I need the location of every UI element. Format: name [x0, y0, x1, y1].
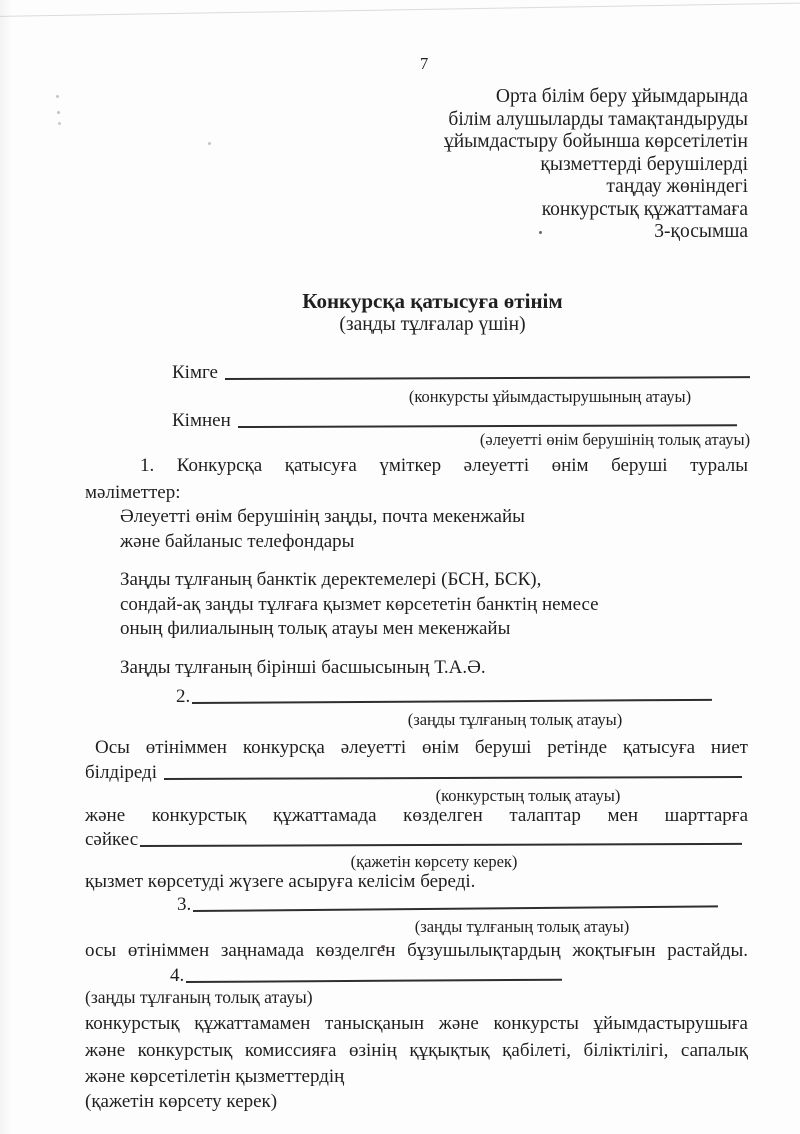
section1-item: Заңды тұлғаның бірінші басшысының Т.А.Ә. — [120, 656, 486, 679]
appendix-line: таңдау жөніндегі — [444, 176, 748, 199]
section2-line4-caption: (қажетін көрсету керек) — [284, 852, 584, 871]
section2-line3: және конкурстық құжаттамада көзделген та… — [85, 804, 748, 827]
section3-blank-caption: (заңды тұлғаның толық атауы) — [372, 917, 672, 936]
scan-speck — [58, 122, 61, 125]
section2-line2-caption: (конкурстың толық атауы) — [378, 786, 678, 805]
section3-number: 3. — [177, 893, 193, 916]
section2-blank2: білдіреді — [85, 761, 742, 784]
title-block: Конкурсқа қатысуға өтінім (заңды тұлғала… — [115, 289, 750, 336]
blank-line — [238, 424, 737, 428]
appendix-line: конкурстық құжаттамаға — [444, 199, 748, 222]
scan-edge-shading — [0, 0, 12, 1134]
page-number: 7 — [420, 54, 428, 74]
section4-line4: (қажетін көрсету керек) — [85, 1090, 277, 1113]
document-title: Конкурсқа қатысуға өтінім — [115, 289, 750, 313]
blank-line — [140, 843, 742, 847]
field-to-caption: (конкурсты ұйымдастырушының атауы) — [400, 387, 700, 406]
section2-number: 2. — [176, 685, 192, 708]
section3-blank: 3. — [177, 893, 718, 916]
section2-line5: қызмет көрсетуді жүзеге асыруға келісім … — [85, 870, 475, 893]
appendix-line: білім алушыларды тамақтандыруды — [444, 109, 748, 132]
scan-speck — [57, 111, 60, 114]
field-from-label: Кімнен — [172, 409, 238, 432]
scan-artifact-line — [0, 2, 800, 17]
section2-blank3: сәйкес — [85, 828, 742, 851]
field-to: Кімге — [172, 361, 750, 384]
section4-line3: және көрсетілетін қызметтердің — [85, 1065, 344, 1088]
section4-line1: конкурстық құжаттамамен танысқанын және … — [85, 1012, 748, 1035]
section1-item: сондай-ақ заңды тұлғаға қызмет көрсететі… — [120, 593, 599, 616]
section2-blank-caption: (заңды тұлғаның толық атауы) — [365, 710, 665, 729]
section2-line1: Осы өтініммен конкурсқа әлеуетті өнім бе… — [85, 736, 748, 759]
section4-blank-caption: (заңды тұлғаның толық атауы) — [85, 988, 385, 1007]
section2-line2-label: білдіреді — [85, 761, 164, 784]
scan-speck — [208, 142, 211, 145]
section2-line4-label: сәйкес — [85, 828, 140, 851]
appendix-line: ұйымдастыру бойынша көрсетілетін — [444, 131, 748, 154]
blank-line — [164, 776, 742, 780]
appendix-line: 3-қосымша — [444, 221, 748, 244]
appendix-line: Орта білім беру ұйымдарында — [444, 86, 748, 109]
blank-line — [186, 979, 562, 983]
section1-item: Заңды тұлғаның банктік деректемелері (БС… — [120, 568, 541, 591]
field-from: Кімнен — [172, 409, 737, 432]
section4-blank: 4. — [170, 964, 562, 987]
blank-line — [225, 376, 750, 380]
blank-line — [193, 905, 718, 912]
section2-blank: 2. — [176, 685, 712, 708]
section4-number: 4. — [170, 964, 186, 987]
field-to-label: Кімге — [172, 361, 225, 384]
section1-item: және байланыс телефондары — [120, 530, 354, 553]
section4-line2: және конкурстық комиссияға өзінің құқықт… — [85, 1039, 748, 1062]
scanned-document-page: 7 Орта білім беру ұйымдарында білім алуш… — [0, 0, 800, 1134]
appendix-header: Орта білім беру ұйымдарында білім алушыл… — [444, 86, 748, 244]
blank-line — [192, 699, 712, 704]
document-subtitle: (заңды тұлғалар үшін) — [115, 313, 750, 336]
section3-line1: осы өтініммен заңнамада көзделген бұзушы… — [85, 939, 748, 962]
scan-speck — [56, 95, 59, 98]
section1-item: Әлеуетті өнім берушінің заңды, почта мек… — [120, 505, 525, 528]
section1-intro: 1. Конкурсқа қатысуға үміткер әлеуетті ө… — [85, 454, 748, 477]
section1-intro-tail: мәліметтер: — [85, 481, 181, 504]
section1-item: оның филиалының толық атауы мен мекенжай… — [120, 617, 510, 640]
field-from-caption: (әлеуетті өнім берушінің толық атауы) — [465, 430, 765, 449]
appendix-line: қызметтерді берушілерді — [444, 154, 748, 177]
